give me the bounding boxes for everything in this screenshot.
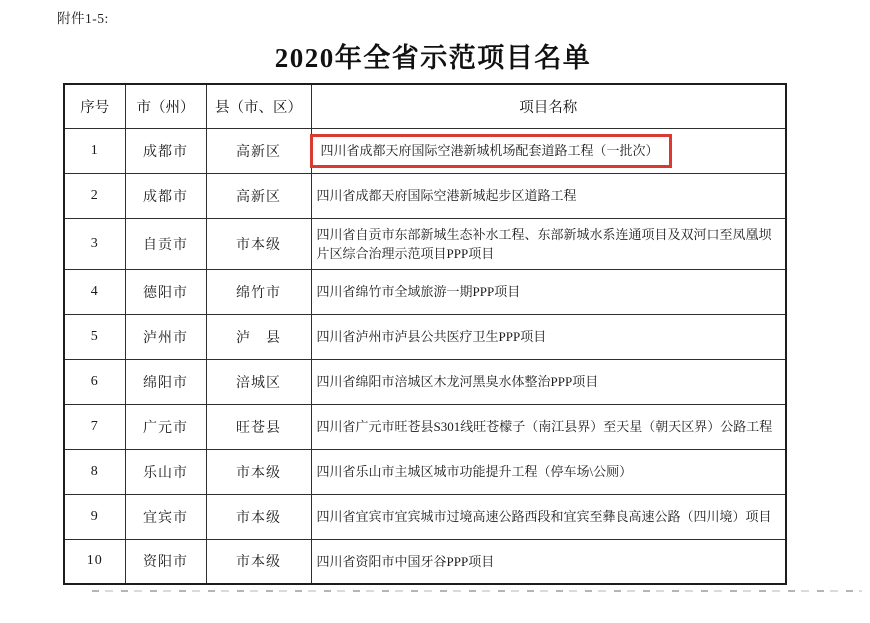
table-row: 2 成都市 高新区 四川省成都天府国际空港新城起步区道路工程 (64, 173, 786, 218)
cell-city: 自贡市 (125, 218, 206, 269)
scan-artifact-line (92, 590, 862, 592)
table-row: 4 德阳市 绵竹市 四川省绵竹市全域旅游一期PPP项目 (64, 269, 786, 314)
cell-county: 市本级 (206, 494, 311, 539)
cell-project: 四川省宜宾市宜宾城市过境高速公路西段和宜宾至彝良高速公路（四川境）项目 (311, 494, 786, 539)
header-no: 序号 (64, 84, 125, 128)
table-row: 1 成都市 高新区 四川省成都天府国际空港新城机场配套道路工程（一批次） (64, 128, 786, 173)
cell-city: 泸州市 (125, 314, 206, 359)
highlighted-project-text: 四川省成都天府国际空港新城机场配套道路工程（一批次） (321, 143, 659, 158)
cell-no: 4 (64, 269, 125, 314)
cell-county: 涪城区 (206, 359, 311, 404)
cell-no: 2 (64, 173, 125, 218)
cell-project: 四川省成都天府国际空港新城起步区道路工程 (311, 173, 786, 218)
cell-project: 四川省乐山市主城区城市功能提升工程（停车场\公厕） (311, 449, 786, 494)
table-row: 10 资阳市 市本级 四川省资阳市中国牙谷PPP项目 (64, 539, 786, 584)
cell-no: 3 (64, 218, 125, 269)
cell-no: 8 (64, 449, 125, 494)
cell-city: 资阳市 (125, 539, 206, 584)
cell-city: 成都市 (125, 128, 206, 173)
cell-city: 成都市 (125, 173, 206, 218)
cell-city: 乐山市 (125, 449, 206, 494)
table-row: 6 绵阳市 涪城区 四川省绵阳市涪城区木龙河黑臭水体整治PPP项目 (64, 359, 786, 404)
cell-no: 9 (64, 494, 125, 539)
cell-city: 广元市 (125, 404, 206, 449)
cell-project: 四川省绵竹市全域旅游一期PPP项目 (311, 269, 786, 314)
cell-county: 绵竹市 (206, 269, 311, 314)
cell-county: 市本级 (206, 449, 311, 494)
cell-no: 10 (64, 539, 125, 584)
cell-project: 四川省自贡市东部新城生态补水工程、东部新城水系连通项目及双河口至凤凰坝片区综合治… (311, 218, 786, 269)
table-row: 5 泸州市 泸 县 四川省泸州市泸县公共医疗卫生PPP项目 (64, 314, 786, 359)
cell-project: 四川省资阳市中国牙谷PPP项目 (311, 539, 786, 584)
cell-project: 四川省绵阳市涪城区木龙河黑臭水体整治PPP项目 (311, 359, 786, 404)
cell-county: 旺苍县 (206, 404, 311, 449)
cell-no: 5 (64, 314, 125, 359)
cell-project: 四川省成都天府国际空港新城机场配套道路工程（一批次） (311, 128, 786, 173)
cell-no: 7 (64, 404, 125, 449)
cell-city: 宜宾市 (125, 494, 206, 539)
cell-no: 1 (64, 128, 125, 173)
table-row: 3 自贡市 市本级 四川省自贡市东部新城生态补水工程、东部新城水系连通项目及双河… (64, 218, 786, 269)
table-row: 8 乐山市 市本级 四川省乐山市主城区城市功能提升工程（停车场\公厕） (64, 449, 786, 494)
projects-table: 序号 市（州） 县（市、区） 项目名称 1 成都市 高新区 四川省成都天府国际空… (63, 83, 787, 585)
cell-county: 高新区 (206, 128, 311, 173)
cell-no: 6 (64, 359, 125, 404)
header-city: 市（州） (125, 84, 206, 128)
cell-county: 市本级 (206, 218, 311, 269)
attachment-label: 附件1-5: (57, 7, 109, 27)
header-project: 项目名称 (311, 84, 786, 128)
header-county: 县（市、区） (206, 84, 311, 128)
table-row: 9 宜宾市 市本级 四川省宜宾市宜宾城市过境高速公路西段和宜宾至彝良高速公路（四… (64, 494, 786, 539)
cell-city: 绵阳市 (125, 359, 206, 404)
cell-county: 高新区 (206, 173, 311, 218)
cell-city: 德阳市 (125, 269, 206, 314)
page-title: 2020年全省示范项目名单 (63, 36, 803, 75)
cell-project: 四川省泸州市泸县公共医疗卫生PPP项目 (311, 314, 786, 359)
cell-county: 市本级 (206, 539, 311, 584)
cell-project: 四川省广元市旺苍县S301线旺苍檬子（南江县界）至天星（朝天区界）公路工程 (311, 404, 786, 449)
highlight-box: 四川省成都天府国际空港新城机场配套道路工程（一批次） (310, 134, 672, 168)
cell-county: 泸 县 (206, 314, 311, 359)
table-row: 7 广元市 旺苍县 四川省广元市旺苍县S301线旺苍檬子（南江县界）至天星（朝天… (64, 404, 786, 449)
table-header-row: 序号 市（州） 县（市、区） 项目名称 (64, 84, 786, 128)
